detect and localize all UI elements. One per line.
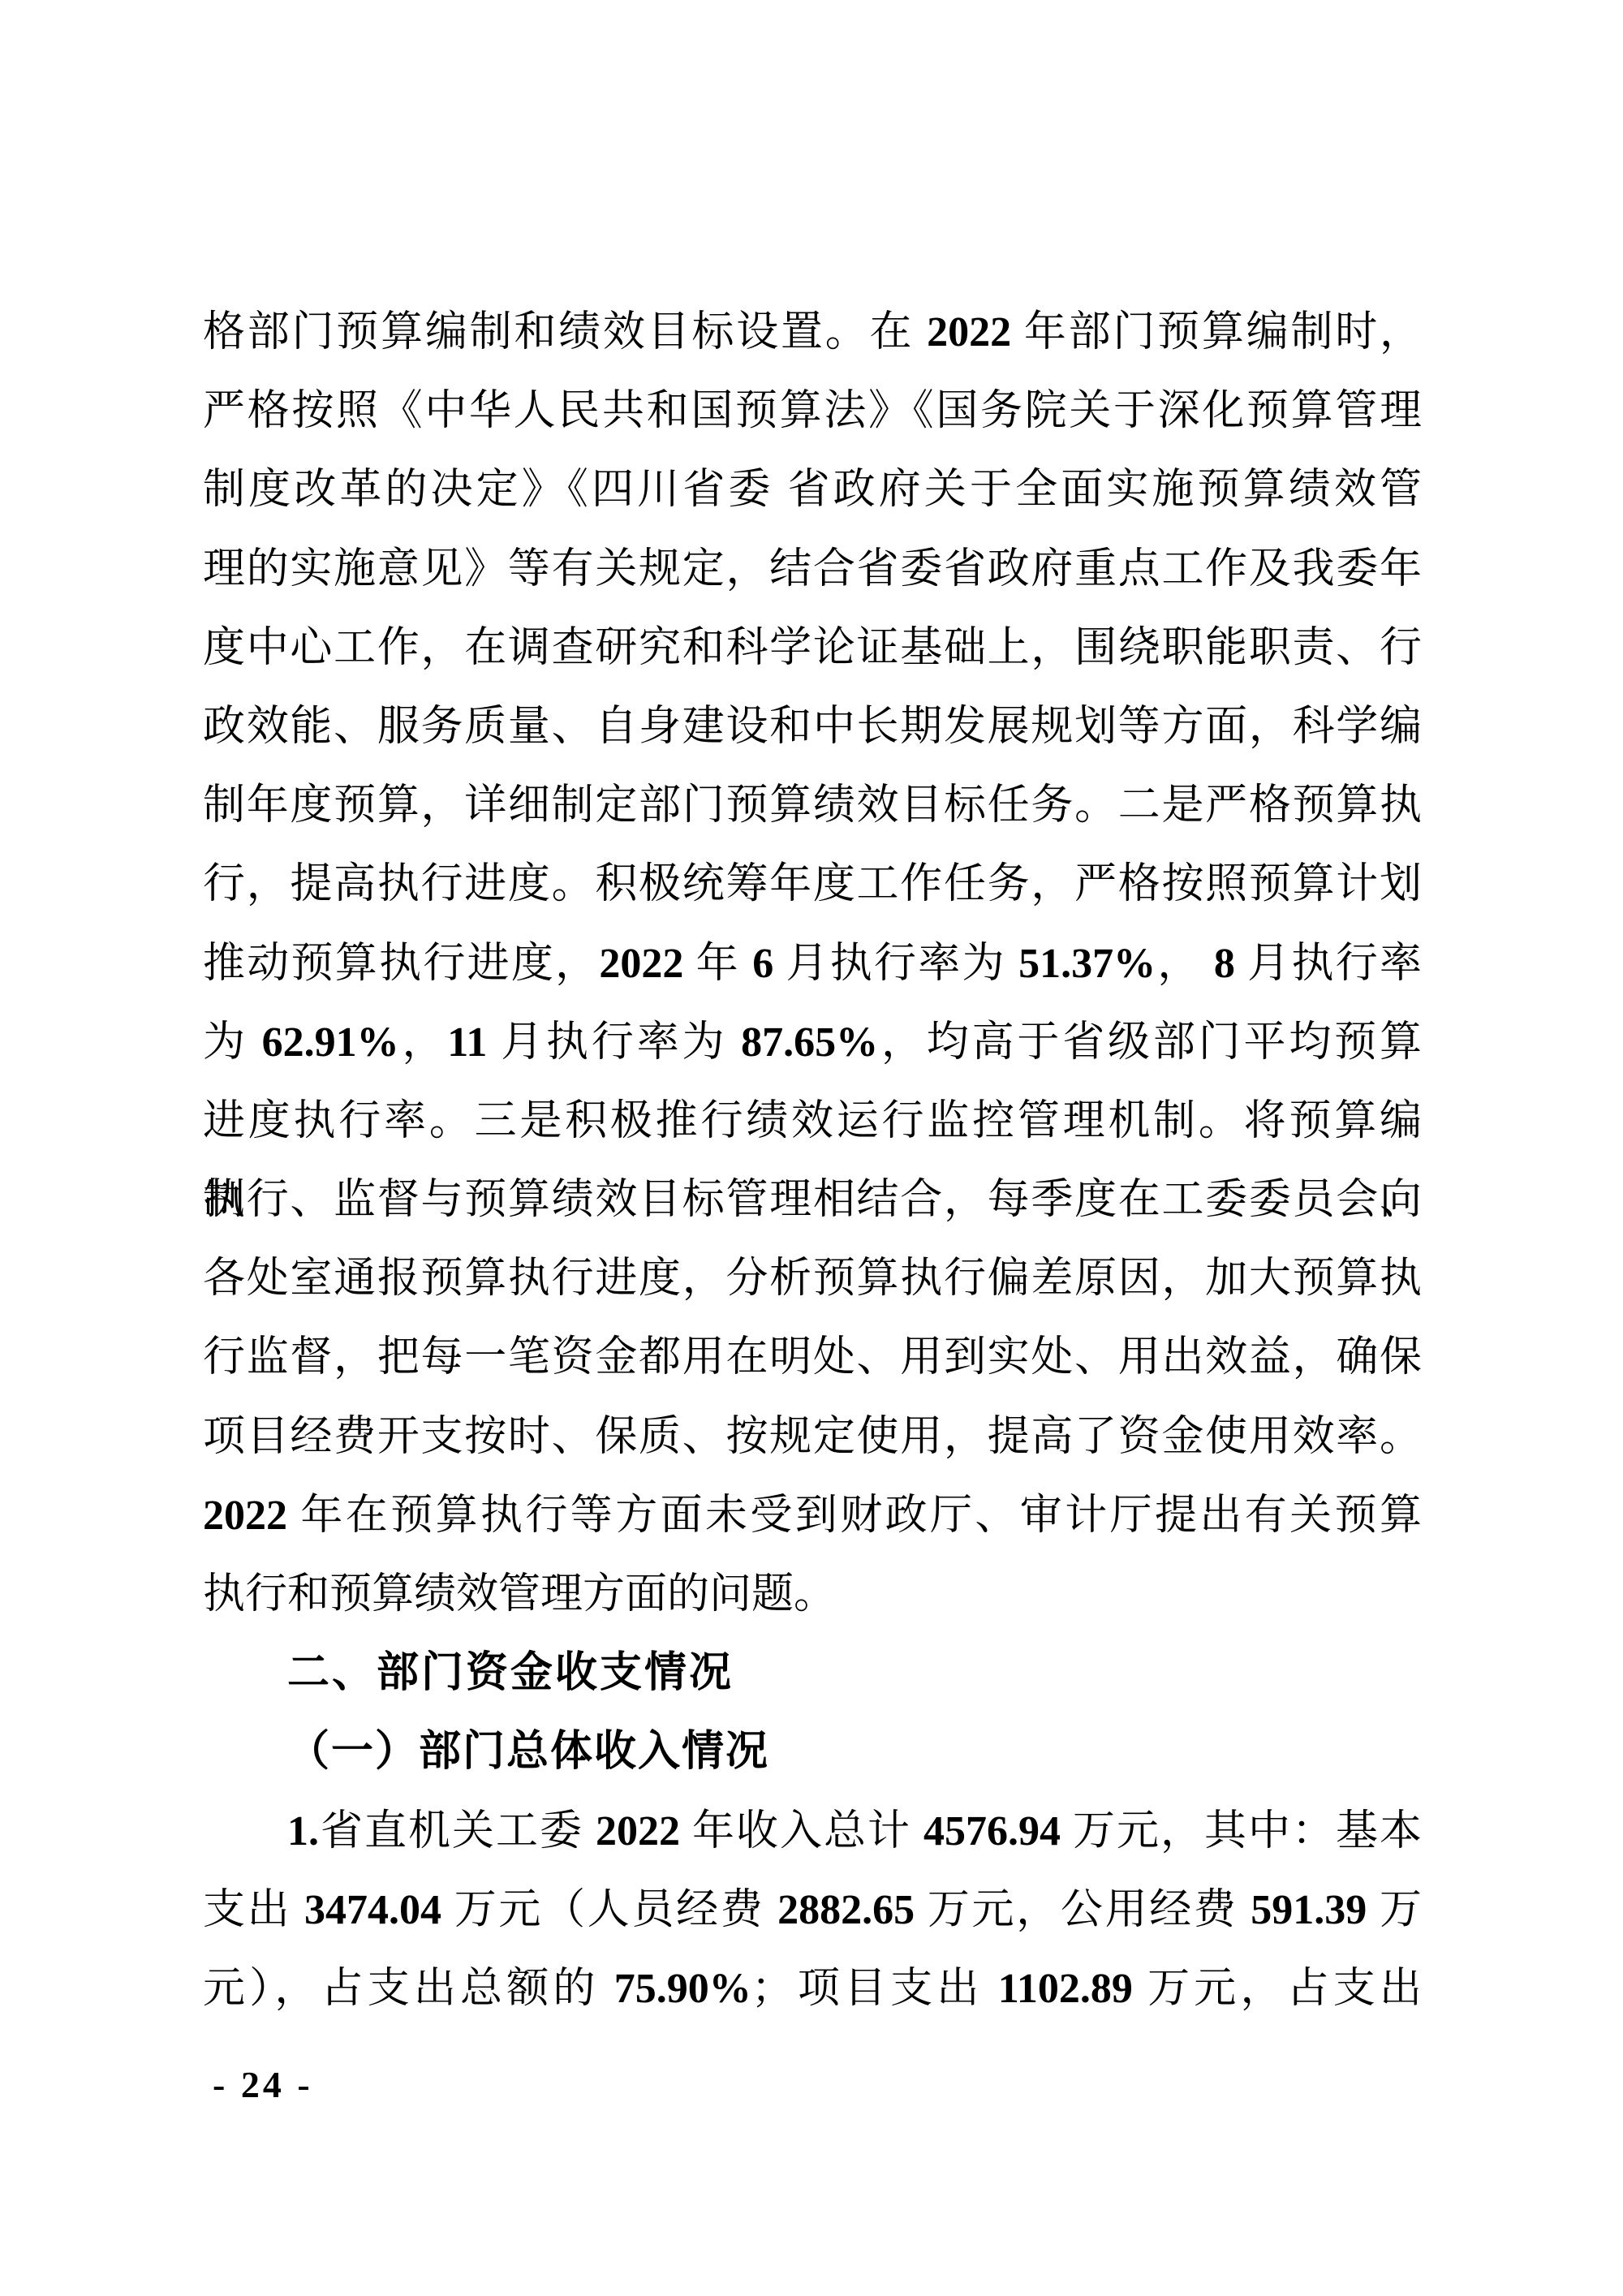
text-run: 年收入总计 xyxy=(680,1808,923,1854)
bold-text-run: 2022 xyxy=(203,1493,287,1539)
text-run: 元），占支出总额的 xyxy=(203,1966,614,2012)
text-run: 万元，公用经费 xyxy=(915,1887,1251,1933)
body-line-6: 政效能、服务质量、自身建设和中长期发展规划等方面，科学编 xyxy=(203,687,1422,766)
bold-text-run: 11 xyxy=(447,1019,487,1066)
subsection-heading: （一）部门总体收入情况 xyxy=(203,1712,1422,1791)
bold-text-run: 87.65% xyxy=(741,1019,878,1066)
body-line-15: 项目经费开支按时、保质、按规定使用，提高了资金使用效率。 xyxy=(203,1398,1422,1476)
bold-text-run: 62.91% xyxy=(262,1019,399,1066)
document-body-text: 格部门预算编制和绩效目标设置。在 2022 年部门预算编制时，严格按照《中华人民… xyxy=(203,293,1422,2028)
text-run: 度中心工作，在调查研究和科学论证基础上，围绕职能职责、行 xyxy=(203,625,1422,671)
body-line-5: 度中心工作，在调查研究和科学论证基础上，围绕职能职责、行 xyxy=(203,609,1422,687)
body-line-14: 行监督，把每一笔资金都用在明处、用到实处、用出效益，确保 xyxy=(203,1318,1422,1397)
body-line-22: 元），占支出总额的 75.90%；项目支出 1102.89 万元，占支出 xyxy=(203,1949,1422,2028)
document-page: 格部门预算编制和绩效目标设置。在 2022 年部门预算编制时，严格按照《中华人民… xyxy=(0,0,1623,2296)
text-run: 各处室通报预算执行进度，分析预算执行偏差原因，加大预算执 xyxy=(203,1256,1422,1302)
text-run: 年部门预算编制时， xyxy=(1011,309,1422,355)
bold-text-run: 2022 xyxy=(927,309,1011,355)
text-run: 执行、监督与预算绩效目标管理相结合，每季度在工委委员会向 xyxy=(203,1177,1422,1223)
text-run: 行监督，把每一笔资金都用在明处、用到实处、用出效益，确保 xyxy=(203,1334,1422,1381)
text-run: ， xyxy=(1156,941,1214,987)
bold-text-run: （一）部门总体收入情况 xyxy=(287,1729,769,1775)
bold-text-run: 51.37% xyxy=(1018,941,1156,987)
text-run: 月执行率 xyxy=(1235,941,1422,987)
text-run: 年 xyxy=(683,941,752,987)
bold-text-run: 2022 xyxy=(596,1808,680,1854)
text-run: 万元（人员经费 xyxy=(441,1887,777,1933)
page-number: - 24 - xyxy=(213,2057,313,2113)
text-run: ， xyxy=(399,1019,448,1066)
body-line-9: 推动预算执行进度，2022 年 6 月执行率为 51.37%， 8 月执行率 xyxy=(203,924,1422,1003)
text-run: 执行和预算绩效管理方面的问题。 xyxy=(203,1571,836,1618)
bold-text-run: 2022 xyxy=(599,941,683,987)
bold-text-run: 591.39 xyxy=(1251,1887,1367,1933)
body-line-10: 为 62.91%，11 月执行率为 87.65%，均高于省级部门平均预算 xyxy=(203,1003,1422,1082)
bold-text-run: 1. xyxy=(287,1808,319,1854)
text-run: 省直机关工委 xyxy=(319,1808,596,1854)
body-line-2: 严格按照《中华人民共和国预算法》《国务院关于深化预算管理 xyxy=(203,372,1422,450)
text-run: 严格按照《中华人民共和国预算法》《国务院关于深化预算管理 xyxy=(203,388,1422,434)
bold-text-run: 3474.04 xyxy=(304,1887,441,1933)
bold-text-run: 75.90% xyxy=(614,1966,751,2012)
bold-text-run: 二、部门资金收支情况 xyxy=(287,1650,734,1696)
text-run: 支出 xyxy=(203,1887,304,1933)
text-run: 理的实施意见》等有关规定，结合省委省政府重点工作及我委年 xyxy=(203,546,1422,592)
bold-text-run: 2882.65 xyxy=(777,1887,915,1933)
text-run: 为 xyxy=(203,1019,262,1066)
text-run: 制度改革的决定》《四川省委 省政府关于全面实施预算绩效管 xyxy=(203,467,1422,513)
bold-text-run: 4576.94 xyxy=(923,1808,1061,1854)
body-line-12: 执行、监督与预算绩效目标管理相结合，每季度在工委委员会向 xyxy=(203,1161,1422,1239)
text-run: 政效能、服务质量、自身建设和中长期发展规划等方面，科学编 xyxy=(203,704,1422,750)
body-line-16: 2022 年在预算执行等方面未受到财政厅、审计厅提出有关预算 xyxy=(203,1476,1422,1555)
body-line-11: 进度执行率。三是积极推行绩效运行监控管理机制。将预算编制、 xyxy=(203,1082,1422,1161)
bold-text-run: 1102.89 xyxy=(998,1966,1133,2012)
body-line-20: 1.省直机关工委 2022 年收入总计 4576.94 万元，其中：基本 xyxy=(203,1792,1422,1871)
text-run: 项目经费开支按时、保质、按规定使用，提高了资金使用效率。 xyxy=(203,1414,1422,1460)
body-line-7: 制年度预算，详细制定部门预算绩效目标任务。二是严格预算执 xyxy=(203,766,1422,845)
text-run: 推动预算执行进度， xyxy=(203,941,599,987)
text-run: 万元，其中：基本 xyxy=(1061,1808,1422,1854)
text-run: 月执行率为 xyxy=(487,1019,741,1066)
text-run: 行，提高执行进度。积极统筹年度工作任务，严格按照预算计划 xyxy=(203,861,1422,907)
text-run: 万元，占支出 xyxy=(1133,1966,1422,2012)
text-run: 月执行率为 xyxy=(773,941,1018,987)
text-run: ；项目支出 xyxy=(751,1966,998,2012)
body-line-4: 理的实施意见》等有关规定，结合省委省政府重点工作及我委年 xyxy=(203,530,1422,609)
body-line-3: 制度改革的决定》《四川省委 省政府关于全面实施预算绩效管 xyxy=(203,450,1422,529)
text-run: 年在预算执行等方面未受到财政厅、审计厅提出有关预算 xyxy=(287,1493,1422,1539)
body-line-1: 格部门预算编制和绩效目标设置。在 2022 年部门预算编制时， xyxy=(203,293,1422,372)
bold-text-run: 6 xyxy=(752,941,773,987)
body-line-8: 行，提高执行进度。积极统筹年度工作任务，严格按照预算计划 xyxy=(203,845,1422,924)
text-run: 万 xyxy=(1367,1887,1422,1933)
body-line-17: 执行和预算绩效管理方面的问题。 xyxy=(203,1555,1422,1634)
body-line-13: 各处室通报预算执行进度，分析预算执行偏差原因，加大预算执 xyxy=(203,1239,1422,1318)
text-run: 制年度预算，详细制定部门预算绩效目标任务。二是严格预算执 xyxy=(203,782,1422,829)
text-run: ，均高于省级部门平均预算 xyxy=(878,1019,1422,1066)
text-run: 格部门预算编制和绩效目标设置。在 xyxy=(203,309,927,355)
body-line-21: 支出 3474.04 万元（人员经费 2882.65 万元，公用经费 591.3… xyxy=(203,1871,1422,1949)
bold-text-run: 8 xyxy=(1214,941,1235,987)
section-heading: 二、部门资金收支情况 xyxy=(203,1634,1422,1712)
